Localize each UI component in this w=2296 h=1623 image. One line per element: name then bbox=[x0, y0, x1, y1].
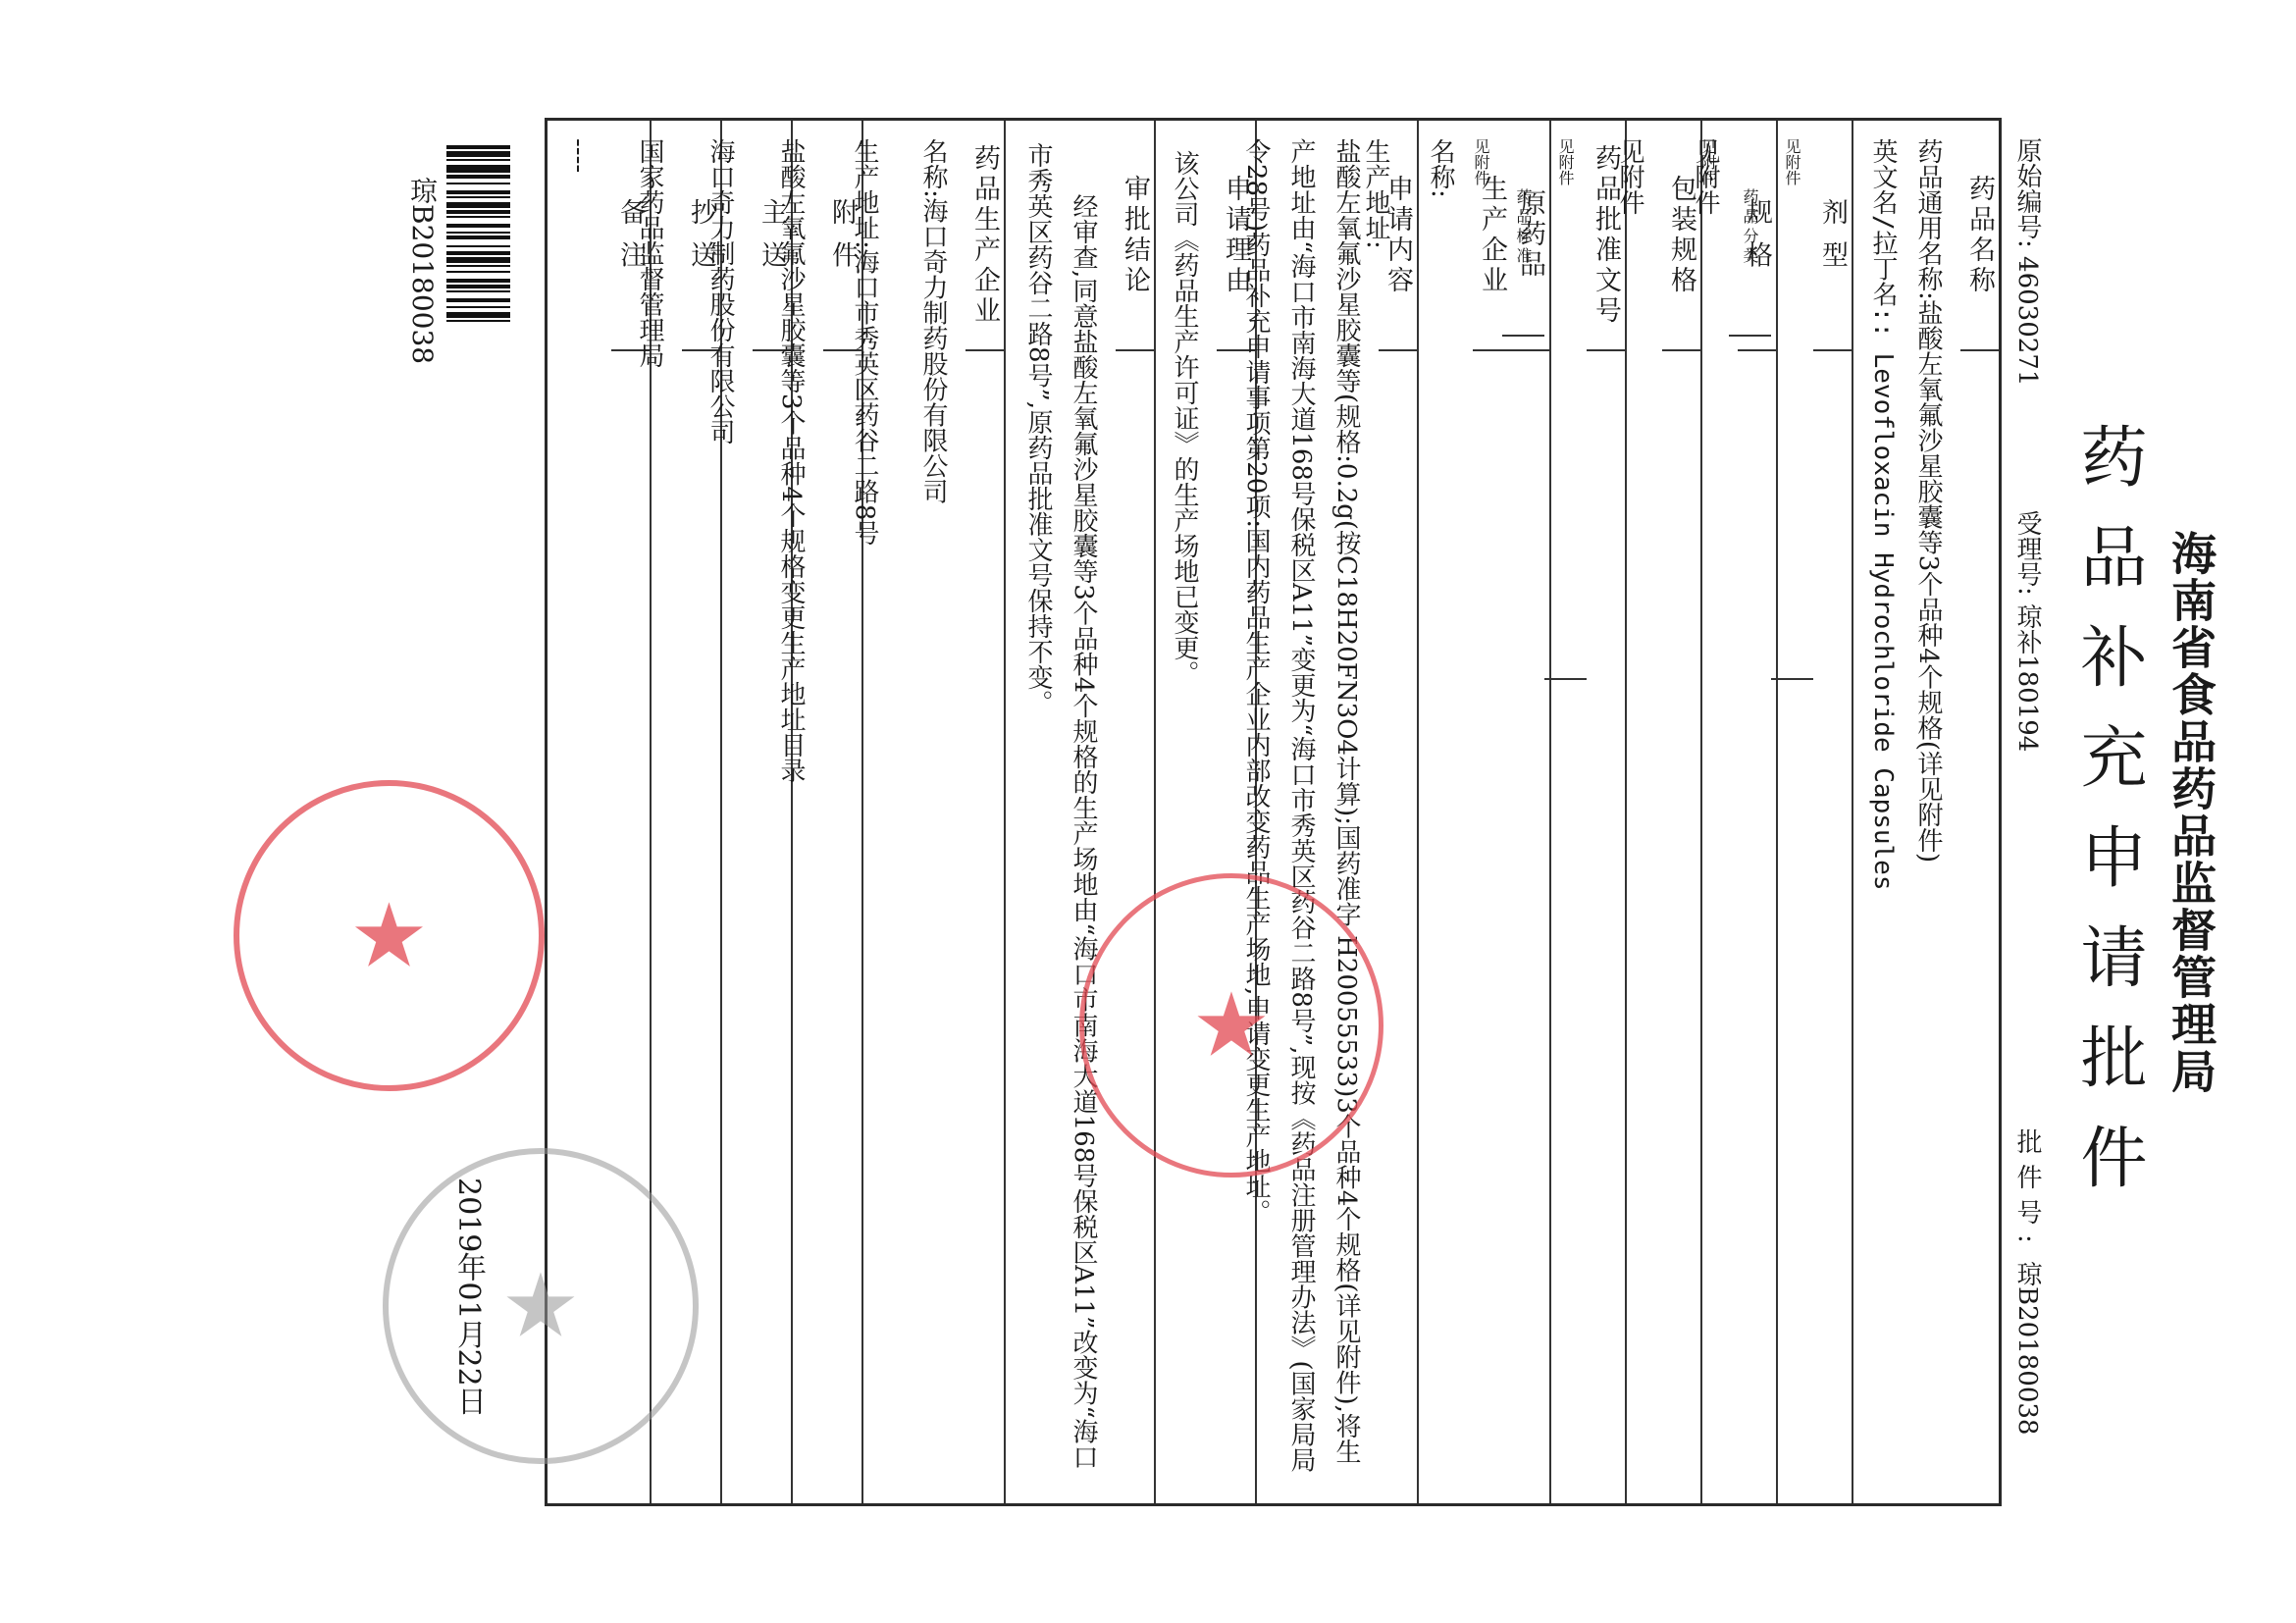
original-number-label: 原始编号: bbox=[2012, 137, 2042, 248]
packaging-value: 见附件 bbox=[1597, 121, 1662, 1503]
main-recipient-text: 海口奇力制药股份有限公司 bbox=[688, 121, 753, 1503]
barcode-text: 琼B20180038 bbox=[402, 177, 442, 364]
manufacturer-label: 药品生产企业 bbox=[965, 121, 1004, 351]
drug-category-label: 药品分类 bbox=[1729, 121, 1771, 337]
application-reason-text: 该公司《药品生产许可证》的生产场地已变更。 bbox=[1152, 121, 1217, 1503]
acceptance-number: 受理号: 琼补180194 bbox=[2009, 510, 2046, 752]
drug-standard-value: 见附件 bbox=[1460, 121, 1502, 1503]
api-manufacturer-name-label: 名称: bbox=[1418, 138, 1463, 1486]
company-seal-heilongjiang: ★ bbox=[234, 780, 545, 1091]
issuing-agency: 海南省食品药品监督管理局 bbox=[2159, 530, 2223, 1095]
row-dosage-form: 剂 型 见附件 药品分类 见附件 bbox=[1776, 121, 1852, 1503]
acceptance-number-value: 琼补180194 bbox=[2012, 603, 2042, 752]
document-title: 药品补充申请批件 bbox=[2061, 422, 2156, 1223]
drug-name-label: 药品名称 bbox=[1960, 121, 1999, 351]
dosage-form-label: 剂 型 bbox=[1813, 121, 1852, 351]
row-drug-name: 药品名称 药品通用名称:盐酸左氧氟沙星胶囊等3个品种4个规格(详见附件) 英文名… bbox=[1852, 121, 1999, 1503]
original-number-value: 46030271 bbox=[2012, 256, 2042, 386]
seal-star-icon: ★ bbox=[349, 884, 429, 987]
approval-number: 批件号: 琼B20180038 bbox=[2009, 1128, 2046, 1435]
generic-name: 药品通用名称:盐酸左氧氟沙星胶囊等3个品种4个规格(详见附件) bbox=[1905, 138, 1951, 1486]
english-name: 英文名/拉丁名:: Levofloxacin Hydrochloride Cap… bbox=[1860, 138, 1905, 1486]
row-manufacturer: 药品生产企业 名称:海口奇力制药股份有限公司 生产地址:海口市秀英区药谷二路8号 bbox=[861, 121, 1004, 1503]
attachment-text: 盐酸左氧氟沙星胶囊等3个品种4个规格变更生产地址目录 bbox=[758, 121, 823, 1503]
approval-number-label: 批件号: bbox=[2012, 1128, 2042, 1253]
approval-conclusion-label: 审批结论 bbox=[1116, 121, 1154, 351]
original-number: 原始编号: 46030271 bbox=[2009, 137, 2046, 386]
api-manufacturer-address-label: 生产地址: bbox=[1353, 138, 1398, 1486]
barcode-image bbox=[446, 145, 510, 410]
drug-category-value: 见附件 bbox=[1687, 121, 1729, 1503]
approval-conclusion-text: 经审查,同意盐酸左氧氟沙星胶囊等3个品种4个规格的生产场地由“海口市南海大道16… bbox=[1006, 121, 1116, 1503]
dosage-form-value: 见附件 bbox=[1771, 121, 1813, 680]
approval-number-value-cell: 见附件 bbox=[1544, 121, 1587, 680]
manufacturer-name: 名称:海口奇力制药股份有限公司 bbox=[911, 138, 956, 1486]
approval-number-value: 琼B20180038 bbox=[2012, 1261, 2042, 1435]
approval-form-table: 药品名称 药品通用名称:盐酸左氧氟沙星胶囊等3个品种4个规格(详见附件) 英文名… bbox=[545, 118, 2002, 1506]
issue-date: 2019年01月22日 bbox=[446, 1178, 490, 1416]
acceptance-number-label: 受理号: bbox=[2012, 510, 2042, 596]
row-approval-conclusion: 审批结论 经审查,同意盐酸左氧氟沙星胶囊等3个品种4个规格的生产场地由“海口市南… bbox=[1004, 121, 1154, 1503]
manufacturer-address: 生产地址:海口市秀英区药谷二路8号 bbox=[842, 138, 887, 1486]
remarks-text: ---- bbox=[547, 121, 611, 1503]
cc-text: 国家药品监督管理局 bbox=[617, 121, 682, 1503]
drug-standard-label: 药品标准 bbox=[1502, 121, 1544, 337]
